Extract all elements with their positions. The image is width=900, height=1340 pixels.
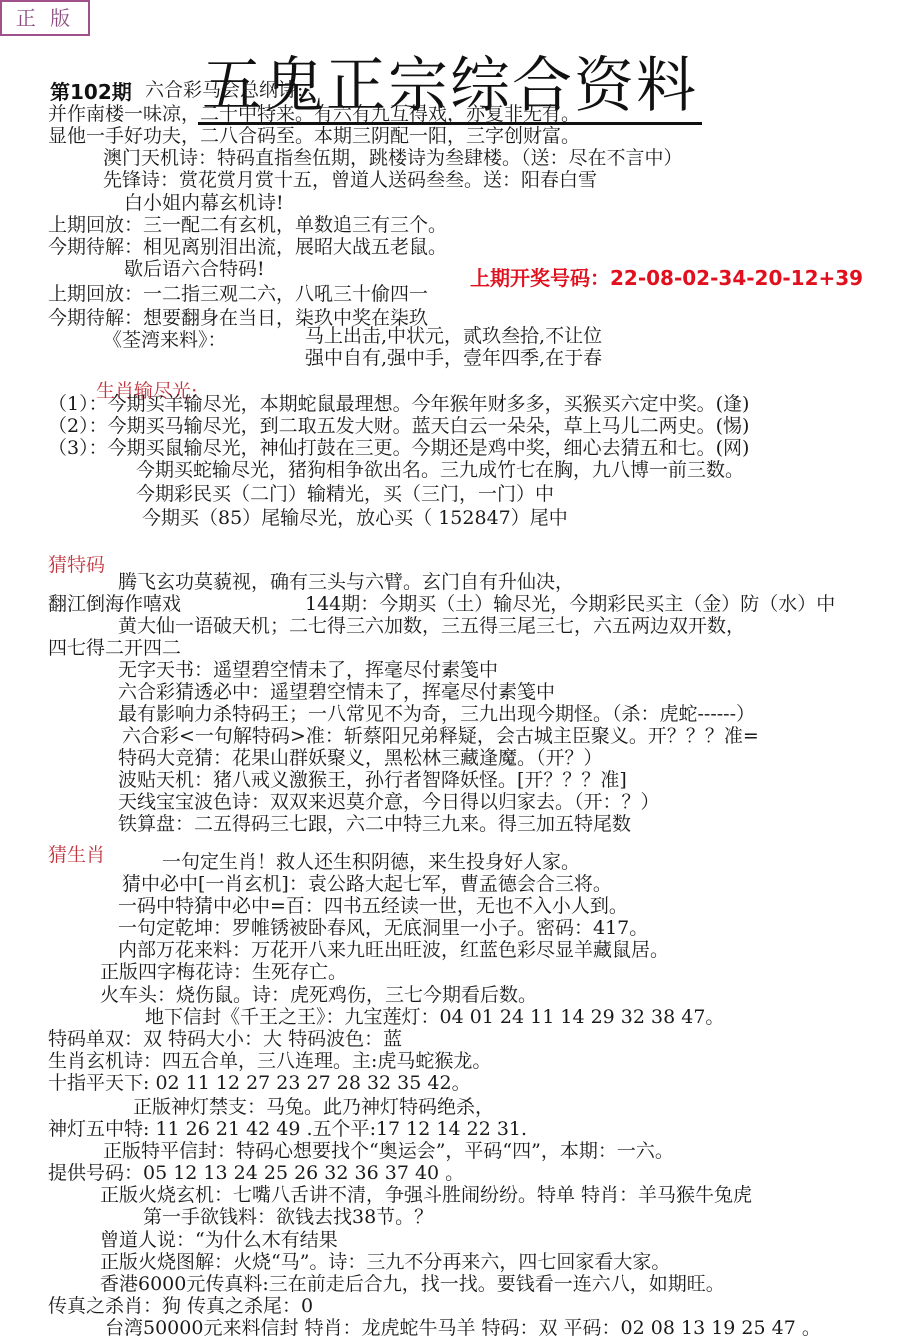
- last-draw-numbers: 上期开奖号码：22-08-02-34-20-12+39: [470, 262, 863, 291]
- section-heading-guess-special: 猜特码: [48, 550, 105, 577]
- text-line: 《荃湾来料》：: [103, 329, 227, 351]
- text-line: 歇后语六合特码!: [124, 258, 265, 280]
- text-line: 六合彩<一句解特码>准：斩蔡阳兄弟释疑，会古城主臣聚义。开？？？准=: [122, 725, 759, 747]
- text-line: 传真之杀肖：狗 传真之杀尾：0: [48, 1295, 313, 1317]
- text-line: 特码单双：双 特码大小：大 特码波色：蓝: [48, 1028, 402, 1050]
- section-heading-guess-zodiac: 猜生肖: [48, 840, 105, 867]
- genuine-badge: 正 版: [0, 0, 90, 36]
- text-line: 上期回放：一二指三观二六，八吼三十偷四一: [48, 283, 428, 305]
- text-line: 六合彩猜透必中：遥望碧空情未了，挥毫尽付素笺中: [118, 681, 555, 703]
- text-line: （3）：今期买鼠输尽光，神仙打鼓在三更。今期还是鸡中奖，细心去猜五和七。(网): [48, 437, 749, 459]
- text-line: 第一手欲钱料：欲钱去找38节。？: [143, 1206, 433, 1228]
- text-line: 正版特平信封：特码心想要找个“奥运会”，平码“四”，本期：一六。: [103, 1140, 674, 1162]
- text-line: 四七得二开四二: [48, 637, 181, 659]
- text-line: 六合彩马会总纲诗:: [145, 79, 303, 101]
- text-line: 十指平天下: 02 11 12 27 23 27 28 32 35 42。: [48, 1072, 471, 1094]
- text-line: 天线宝宝波色诗：双双来迟莫介意，今日得以归家去。（开：？）: [118, 791, 660, 813]
- text-line: 并作南楼一味凉，二十中特来。有六有九互得戏，亦复非无有。: [48, 103, 580, 125]
- text-line: 内部万花来料：万花开八来九旺出旺波，红蓝色彩尽显羊藏鼠居。: [118, 939, 669, 961]
- text-line: 强中自有,强中手，壹年四季,在于春: [305, 347, 602, 369]
- text-line: 黄大仙一语破天机；二七得三六加数，三五得三尾三七，六五两边双开数，: [118, 615, 745, 637]
- text-line: 今期待解：相见离别泪出流，展昭大战五老鼠。: [48, 236, 447, 258]
- text-line: 一句定乾坤：罗帷锈被卧春风，无底洞里一小子。密码：417。: [118, 917, 648, 939]
- text-line: 特码大竞猜：花果山群妖聚义，黑松林三藏逢魔。（开？）: [118, 747, 603, 769]
- text-line: 神灯五中特: 11 26 21 42 49 .五个平:17 12 14 22 3…: [48, 1118, 527, 1140]
- text-line: 正版火烧图解：火烧“马”。诗：三九不分再来六，四七回家看大家。: [100, 1251, 670, 1273]
- text-line: 无字天书：遥望碧空情未了，挥毫尽付素笺中: [118, 659, 498, 681]
- text-line: （1）：今期买羊输尽光，本期蛇鼠最理想。今年猴年财多多，买猴买六定中奖。(逢): [48, 393, 749, 415]
- text-line: 波贴天机：猪八戒义激猴王，孙行者智降妖怪。[开？？？准]: [118, 769, 627, 791]
- text-line: 香港6000元传真料:三在前走后合九，找一找。要钱看一连六八，如期旺。: [100, 1273, 725, 1295]
- text-line: 最有影响力杀特码王；一八常见不为奇，三九出现今期怪。（杀：虎蛇------）: [118, 703, 755, 725]
- text-line: 正版神灯禁支：马兔。此乃神灯特码绝杀，: [133, 1096, 494, 1118]
- text-line: 地下信封《千王之王》：九宝莲灯：04 01 24 11 14 29 32 38 …: [145, 1006, 724, 1028]
- text-line: 一码中特猜中必中=百：四书五经读一世，无也不入小人到。: [118, 895, 628, 917]
- text-line: 正版火烧玄机：七嘴八舌讲不清，争强斗胜闹纷纷。特单 特肖：羊马猴牛兔虎: [100, 1184, 752, 1206]
- text-line: 正版四字梅花诗：生死存亡。: [100, 961, 347, 983]
- text-line: 显他一手好功夫，二八合码至。本期三阴配一阳，三字创财富。: [48, 125, 580, 147]
- text-line: 曾道人说：“为什么木有结果: [100, 1229, 338, 1251]
- text-line: 一句定生肖！救人还生积阴德，来生投身好人家。: [162, 851, 580, 873]
- text-line: 澳门天机诗：特码直指叁伍期，跳楼诗为叁肆楼。（送：尽在不言中）: [103, 147, 683, 169]
- text-line: （2）：今期买马输尽光，到二取五发大财。蓝天白云一朵朵，草上马儿二两史。(惕): [48, 415, 749, 437]
- text-line: 台湾50000元来料信封 特肖：龙虎蛇牛马羊 特码：双 平码：02 08 13 …: [105, 1317, 821, 1339]
- text-line: 今期彩民买（二门）输精光，买（三门，一门）中: [136, 483, 554, 505]
- text-line: 生肖玄机诗：四五合单，三八连理。主:虎马蛇猴龙。: [48, 1050, 491, 1072]
- text-line: 翻江倒海作嘻戏: [48, 593, 181, 615]
- text-line: 先锋诗：赏花赏月赏十五，曾道人送码叁叁。送：阳春白雪: [103, 169, 597, 191]
- text-line: 今期买蛇输尽光，猪狗相争欲出名。三九成竹七在胸，九八博一前三数。: [136, 459, 744, 481]
- text-line: 提供号码：05 12 13 24 25 26 32 36 37 40 。: [48, 1162, 464, 1184]
- text-line: 腾飞玄功莫藐视，确有三头与六臂。玄门自有升仙决，: [118, 571, 574, 593]
- text-line: 马上出击,中状元，贰玖叁拾,不让位: [305, 325, 602, 347]
- text-line: 火车头：烧伤鼠。诗：虎死鸡伤，三七今期看后数。: [100, 984, 537, 1006]
- text-line: 144期：今期买（土）输尽光，今期彩民买主（金）防（水）中: [305, 593, 835, 615]
- text-line: 上期回放：三一配二有玄机，单数追三有三个。: [48, 214, 447, 236]
- text-line: 今期买（85）尾输尽光，放心买（ 152847）尾中: [142, 507, 568, 529]
- text-line: 猜中必中[一肖玄机]：袁公路大起七军，曹孟德会合三将。: [122, 873, 612, 895]
- text-line: 铁算盘：二五得码三七跟，六二中特三九来。得三加五特尾数: [118, 813, 631, 835]
- text-line: 白小姐内幕玄机诗!: [124, 192, 284, 214]
- issue-number: 第102期: [50, 76, 132, 105]
